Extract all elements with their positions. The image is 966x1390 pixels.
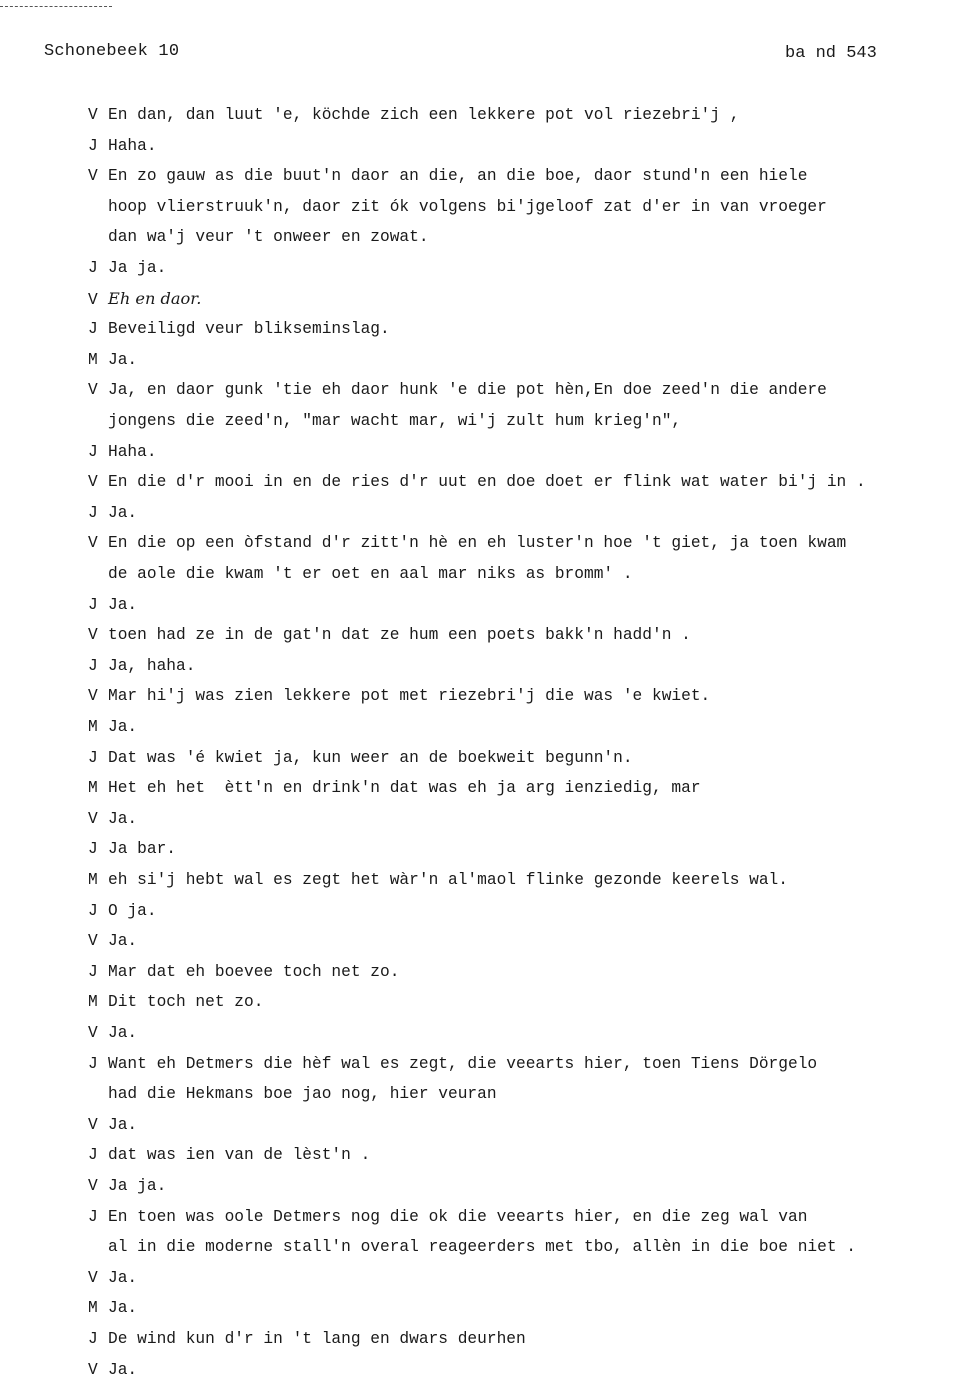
transcript-turn: VJa.: [88, 1110, 137, 1141]
utterance-text: Ja ja.: [108, 259, 166, 277]
utterance-text: Het eh het ètt'n en drink'n dat was eh j…: [108, 779, 701, 797]
document-title: Schonebeek 10: [44, 42, 179, 61]
top-rule-divider: [0, 6, 112, 7]
transcript-turn: Meh si'j hebt wal es zegt het wàr'n al'm…: [88, 865, 788, 896]
transcript-turn: JJa.: [88, 498, 137, 529]
speaker-label: V: [88, 1171, 108, 1202]
speaker-label: V: [88, 375, 108, 406]
utterance-text: Ja.: [108, 1116, 137, 1134]
speaker-label: M: [88, 1293, 108, 1324]
transcript-line: VJa.: [88, 1018, 137, 1049]
transcript-turn: VJa.: [88, 1263, 137, 1294]
transcript-line: VJa ja.: [88, 1171, 166, 1202]
transcript-turn: VJa.: [88, 1355, 137, 1386]
transcript-turn: JDe wind kun d'r in 't lang en dwars deu…: [88, 1324, 526, 1355]
speaker-label: V: [88, 1263, 108, 1294]
utterance-text: eh si'j hebt wal es zegt het wàr'n al'ma…: [108, 871, 788, 889]
transcript-turn: JO ja.: [88, 896, 157, 927]
transcript-turn: VEn die d'r mooi in en de ries d'r uut e…: [88, 467, 866, 498]
speaker-label: J: [88, 896, 108, 927]
transcript-turn: VEn dan, dan luut 'e, köchde zich een le…: [88, 100, 739, 131]
utterance-text: Ja.: [108, 718, 137, 736]
utterance-text: jongens die zeed'n, "mar wacht mar, wi'j…: [108, 412, 681, 430]
utterance-text: Ja.: [108, 596, 137, 614]
transcript-line: Jdat was ien van de lèst'n .: [88, 1140, 370, 1171]
transcript-line: VEn dan, dan luut 'e, köchde zich een le…: [88, 100, 739, 131]
speaker-label: J: [88, 834, 108, 865]
transcript-line: VJa.: [88, 804, 137, 835]
utterance-text: En die d'r mooi in en de ries d'r uut en…: [108, 473, 866, 491]
speaker-label: J: [88, 131, 108, 162]
speaker-label: J: [88, 314, 108, 345]
transcript-line: VJa.: [88, 1263, 137, 1294]
transcript-line: JJa, haha.: [88, 651, 195, 682]
utterance-text: Haha.: [108, 443, 157, 461]
utterance-text: hoop vlierstruuk'n, daor zit ók volgens …: [108, 198, 827, 216]
transcript-turn: Vtoen had ze in de gat'n dat ze hum een …: [88, 620, 691, 651]
transcript-turn: Jdat was ien van de lèst'n .: [88, 1140, 370, 1171]
utterance-text: Want eh Detmers die hèf wal es zegt, die…: [108, 1055, 817, 1073]
transcript-line: jongens die zeed'n, "mar wacht mar, wi'j…: [88, 406, 827, 437]
utterance-text: En toen was oole Detmers nog die ok die …: [108, 1208, 807, 1226]
transcript-line: MDit toch net zo.: [88, 987, 263, 1018]
speaker-label: J: [88, 253, 108, 284]
transcript-turn: JEn toen was oole Detmers nog die ok die…: [88, 1202, 856, 1263]
utterance-text: Ja.: [108, 1024, 137, 1042]
speaker-label: M: [88, 865, 108, 896]
transcript-line: JDe wind kun d'r in 't lang en dwars deu…: [88, 1324, 526, 1355]
transcript-turn: VJa.: [88, 1018, 137, 1049]
utterance-text: Ja.: [108, 932, 137, 950]
speaker-label: M: [88, 712, 108, 743]
transcript-turn: VJa.: [88, 804, 137, 835]
utterance-text: En dan, dan luut 'e, köchde zich een lek…: [108, 106, 739, 124]
speaker-label: J: [88, 957, 108, 988]
speaker-label: J: [88, 651, 108, 682]
transcript-line: VJa.: [88, 926, 137, 957]
transcript-turn: VEn zo gauw as die buut'n daor an die, a…: [88, 161, 827, 253]
utterance-text: Ja.: [108, 1269, 137, 1287]
utterance-text: En die op een òfstand d'r zitt'n hè en e…: [108, 534, 846, 552]
speaker-label: J: [88, 590, 108, 621]
speaker-label: V: [88, 161, 108, 192]
speaker-label: V: [88, 1110, 108, 1141]
transcript-turn: VEn die op een òfstand d'r zitt'n hè en …: [88, 528, 846, 589]
utterance-text: Ja, en daor gunk 'tie eh daor hunk 'e di…: [108, 381, 827, 399]
transcript-turn: VJa ja.: [88, 1171, 166, 1202]
transcript-line: JJa.: [88, 590, 137, 621]
utterance-text: Ja.: [108, 504, 137, 522]
utterance-text: Dit toch net zo.: [108, 993, 263, 1011]
utterance-text: Beveiligd veur blikseminslag.: [108, 320, 390, 338]
transcript-line: MJa.: [88, 712, 137, 743]
utterance-text: dan wa'j veur 't onweer en zowat.: [108, 228, 429, 246]
utterance-text: En zo gauw as die buut'n daor an die, an…: [108, 167, 807, 185]
transcript-line: JJa bar.: [88, 834, 176, 865]
transcript-line: JEn toen was oole Detmers nog die ok die…: [88, 1202, 856, 1233]
transcript-turn: JMar dat eh boevee toch net zo.: [88, 957, 399, 988]
transcript-line: had die Hekmans boe jao nog, hier veuran: [88, 1079, 817, 1110]
transcript-line: al in die moderne stall'n overal reageer…: [88, 1232, 856, 1263]
utterance-text: Ja.: [108, 1299, 137, 1317]
transcript-turn: JHaha.: [88, 437, 157, 468]
utterance-text: Ja bar.: [108, 840, 176, 858]
speaker-label: M: [88, 345, 108, 376]
transcript-line: VEn zo gauw as die buut'n daor an die, a…: [88, 161, 827, 192]
transcript-turn: JJa ja.: [88, 253, 166, 284]
speaker-label: V: [88, 1018, 108, 1049]
transcript-line: JO ja.: [88, 896, 157, 927]
transcript-turn: VJa.: [88, 926, 137, 957]
transcript-line: JBeveiligd veur blikseminslag.: [88, 314, 390, 345]
transcript-turn: MJa.: [88, 712, 137, 743]
speaker-label: J: [88, 743, 108, 774]
transcript-turn: VMar hi'j was zien lekkere pot met rieze…: [88, 681, 710, 712]
transcript-turn: MHet eh het ètt'n en drink'n dat was eh …: [88, 773, 701, 804]
utterance-text: Mar hi'j was zien lekkere pot met riezeb…: [108, 687, 710, 705]
utterance-text: Dat was 'é kwiet ja, kun weer an de boek…: [108, 749, 633, 767]
transcript-line: de aole die kwam 't er oet en aal mar ni…: [88, 559, 846, 590]
transcript-line: JJa.: [88, 498, 137, 529]
utterance-text: Ja.: [108, 810, 137, 828]
transcript-line: Vtoen had ze in de gat'n dat ze hum een …: [88, 620, 691, 651]
utterance-text: Ja ja.: [108, 1177, 166, 1195]
speaker-label: V: [88, 620, 108, 651]
transcript-turn: VJa, en daor gunk 'tie eh daor hunk 'e d…: [88, 375, 827, 436]
transcript-line: dan wa'j veur 't onweer en zowat.: [88, 222, 827, 253]
transcript-turn: VEh en daor.: [88, 284, 201, 316]
utterance-text: Ja.: [108, 351, 137, 369]
utterance-text: dat was ien van de lèst'n .: [108, 1146, 370, 1164]
speaker-label: V: [88, 681, 108, 712]
speaker-label: V: [88, 285, 108, 316]
utterance-text: had die Hekmans boe jao nog, hier veuran: [108, 1085, 497, 1103]
speaker-label: M: [88, 987, 108, 1018]
transcript-turn: JJa.: [88, 590, 137, 621]
transcript-turn: JDat was 'é kwiet ja, kun weer an de boe…: [88, 743, 633, 774]
transcript-line: JWant eh Detmers die hèf wal es zegt, di…: [88, 1049, 817, 1080]
speaker-label: V: [88, 1355, 108, 1386]
transcript-line: MJa.: [88, 1293, 137, 1324]
transcript-line: VEn die d'r mooi in en de ries d'r uut e…: [88, 467, 866, 498]
transcript-turn: JJa, haha.: [88, 651, 195, 682]
utterance-text: toen had ze in de gat'n dat ze hum een p…: [108, 626, 691, 644]
transcript-line: JDat was 'é kwiet ja, kun weer an de boe…: [88, 743, 633, 774]
speaker-label: J: [88, 1140, 108, 1171]
speaker-label: J: [88, 1202, 108, 1233]
utterance-text: O ja.: [108, 902, 157, 920]
transcript-turn: JHaha.: [88, 131, 157, 162]
transcript-line: VJa.: [88, 1110, 137, 1141]
utterance-text: De wind kun d'r in 't lang en dwars deur…: [108, 1330, 526, 1348]
transcript-line: hoop vlierstruuk'n, daor zit ók volgens …: [88, 192, 827, 223]
transcript-line: VJa, en daor gunk 'tie eh daor hunk 'e d…: [88, 375, 827, 406]
transcript-turn: MDit toch net zo.: [88, 987, 263, 1018]
transcript-turn: JWant eh Detmers die hèf wal es zegt, di…: [88, 1049, 817, 1110]
transcript-turn: MJa.: [88, 345, 137, 376]
transcript-turn: MJa.: [88, 1293, 137, 1324]
band-number: ba nd 543: [785, 44, 877, 63]
speaker-label: M: [88, 773, 108, 804]
speaker-label: V: [88, 467, 108, 498]
utterance-text: de aole die kwam 't er oet en aal mar ni…: [108, 565, 633, 583]
speaker-label: J: [88, 498, 108, 529]
utterance-text: Eh en daor.: [108, 289, 201, 308]
transcript-line: VEn die op een òfstand d'r zitt'n hè en …: [88, 528, 846, 559]
transcript-turn: JJa bar.: [88, 834, 176, 865]
speaker-label: J: [88, 1324, 108, 1355]
transcript-line: Meh si'j hebt wal es zegt het wàr'n al'm…: [88, 865, 788, 896]
utterance-text: Haha.: [108, 137, 157, 155]
speaker-label: V: [88, 804, 108, 835]
transcript-line: VEh en daor.: [88, 284, 201, 316]
transcript-line: VJa.: [88, 1355, 137, 1386]
transcript-line: MJa.: [88, 345, 137, 376]
speaker-label: V: [88, 926, 108, 957]
transcript-line: MHet eh het ètt'n en drink'n dat was eh …: [88, 773, 701, 804]
transcript-turn: JBeveiligd veur blikseminslag.: [88, 314, 390, 345]
transcript-line: JHaha.: [88, 131, 157, 162]
transcript-line: JHaha.: [88, 437, 157, 468]
transcript-line: JMar dat eh boevee toch net zo.: [88, 957, 399, 988]
utterance-text: Mar dat eh boevee toch net zo.: [108, 963, 399, 981]
utterance-text: Ja.: [108, 1361, 137, 1379]
utterance-text: al in die moderne stall'n overal reageer…: [108, 1238, 856, 1256]
speaker-label: V: [88, 100, 108, 131]
speaker-label: J: [88, 1049, 108, 1080]
utterance-text: Ja, haha.: [108, 657, 195, 675]
transcript-line: VMar hi'j was zien lekkere pot met rieze…: [88, 681, 710, 712]
transcript-line: JJa ja.: [88, 253, 166, 284]
speaker-label: J: [88, 437, 108, 468]
speaker-label: V: [88, 528, 108, 559]
